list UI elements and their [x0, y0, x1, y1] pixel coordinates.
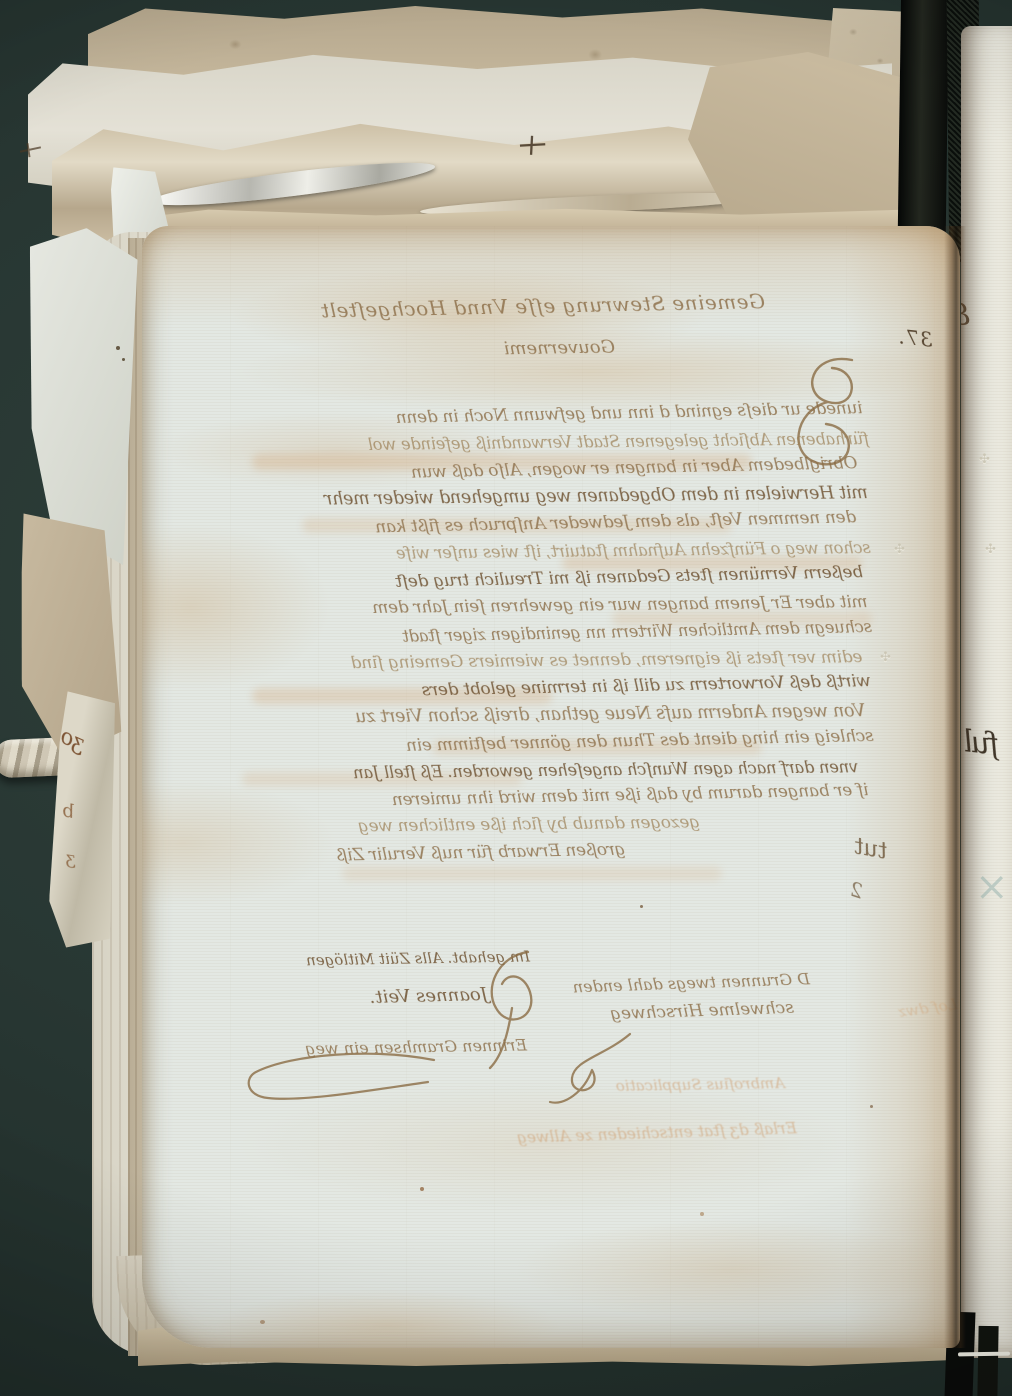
- gutter-shadow: [944, 226, 966, 1348]
- marginal-mark: tut: [852, 833, 889, 864]
- pen-tick-mark: [17, 139, 44, 161]
- ink-speck: [116, 346, 120, 350]
- embossed-mark: ✣: [894, 542, 905, 557]
- ink-speck: [420, 1187, 424, 1191]
- signature-left-line-2: Joannes Veit.: [326, 984, 488, 1009]
- ink-speck: [700, 1212, 704, 1216]
- ink-speck: [260, 1320, 265, 1324]
- facing-ink-mark: ful: [963, 724, 1001, 762]
- cover-black-bar-2: [977, 1326, 998, 1396]
- ink-speck: [122, 358, 125, 361]
- embossed-mark: ✣: [880, 650, 891, 665]
- protruding-white-leaf: [22, 227, 139, 566]
- signature-underline-flourish: [242, 1046, 442, 1116]
- ink-speck: [640, 905, 643, 908]
- bleedthrough-text-block: iunede ur dieſs egnind d inn und gefwunn…: [206, 397, 875, 871]
- facing-page: 8 ful × ✣ ✣: [961, 26, 1012, 1358]
- ink-speck: [870, 1105, 873, 1108]
- signature-initial-loop: [466, 946, 556, 1076]
- embossed-mark: ✣: [979, 452, 990, 467]
- facing-blue-cross-mark: ×: [975, 864, 1009, 910]
- main-page: Gemeine Stewrung eſſe Vnnd Hochgeſtelt G…: [142, 226, 960, 1348]
- bleedthrough-line: gezogen danub by ſich iße entlichen weg: [213, 810, 700, 843]
- header-line-2: Gouvernemi: [430, 336, 615, 360]
- signature-right-paraph: [542, 1026, 642, 1116]
- manuscript-photograph: ʒo b ʒ 8 ful × ✣ ✣ Gemeine Stewrung eſſe…: [0, 0, 1012, 1396]
- pen-cross-mark: [517, 132, 549, 159]
- embossed-mark: ✣: [985, 542, 996, 557]
- folio-number: 37.: [897, 324, 934, 352]
